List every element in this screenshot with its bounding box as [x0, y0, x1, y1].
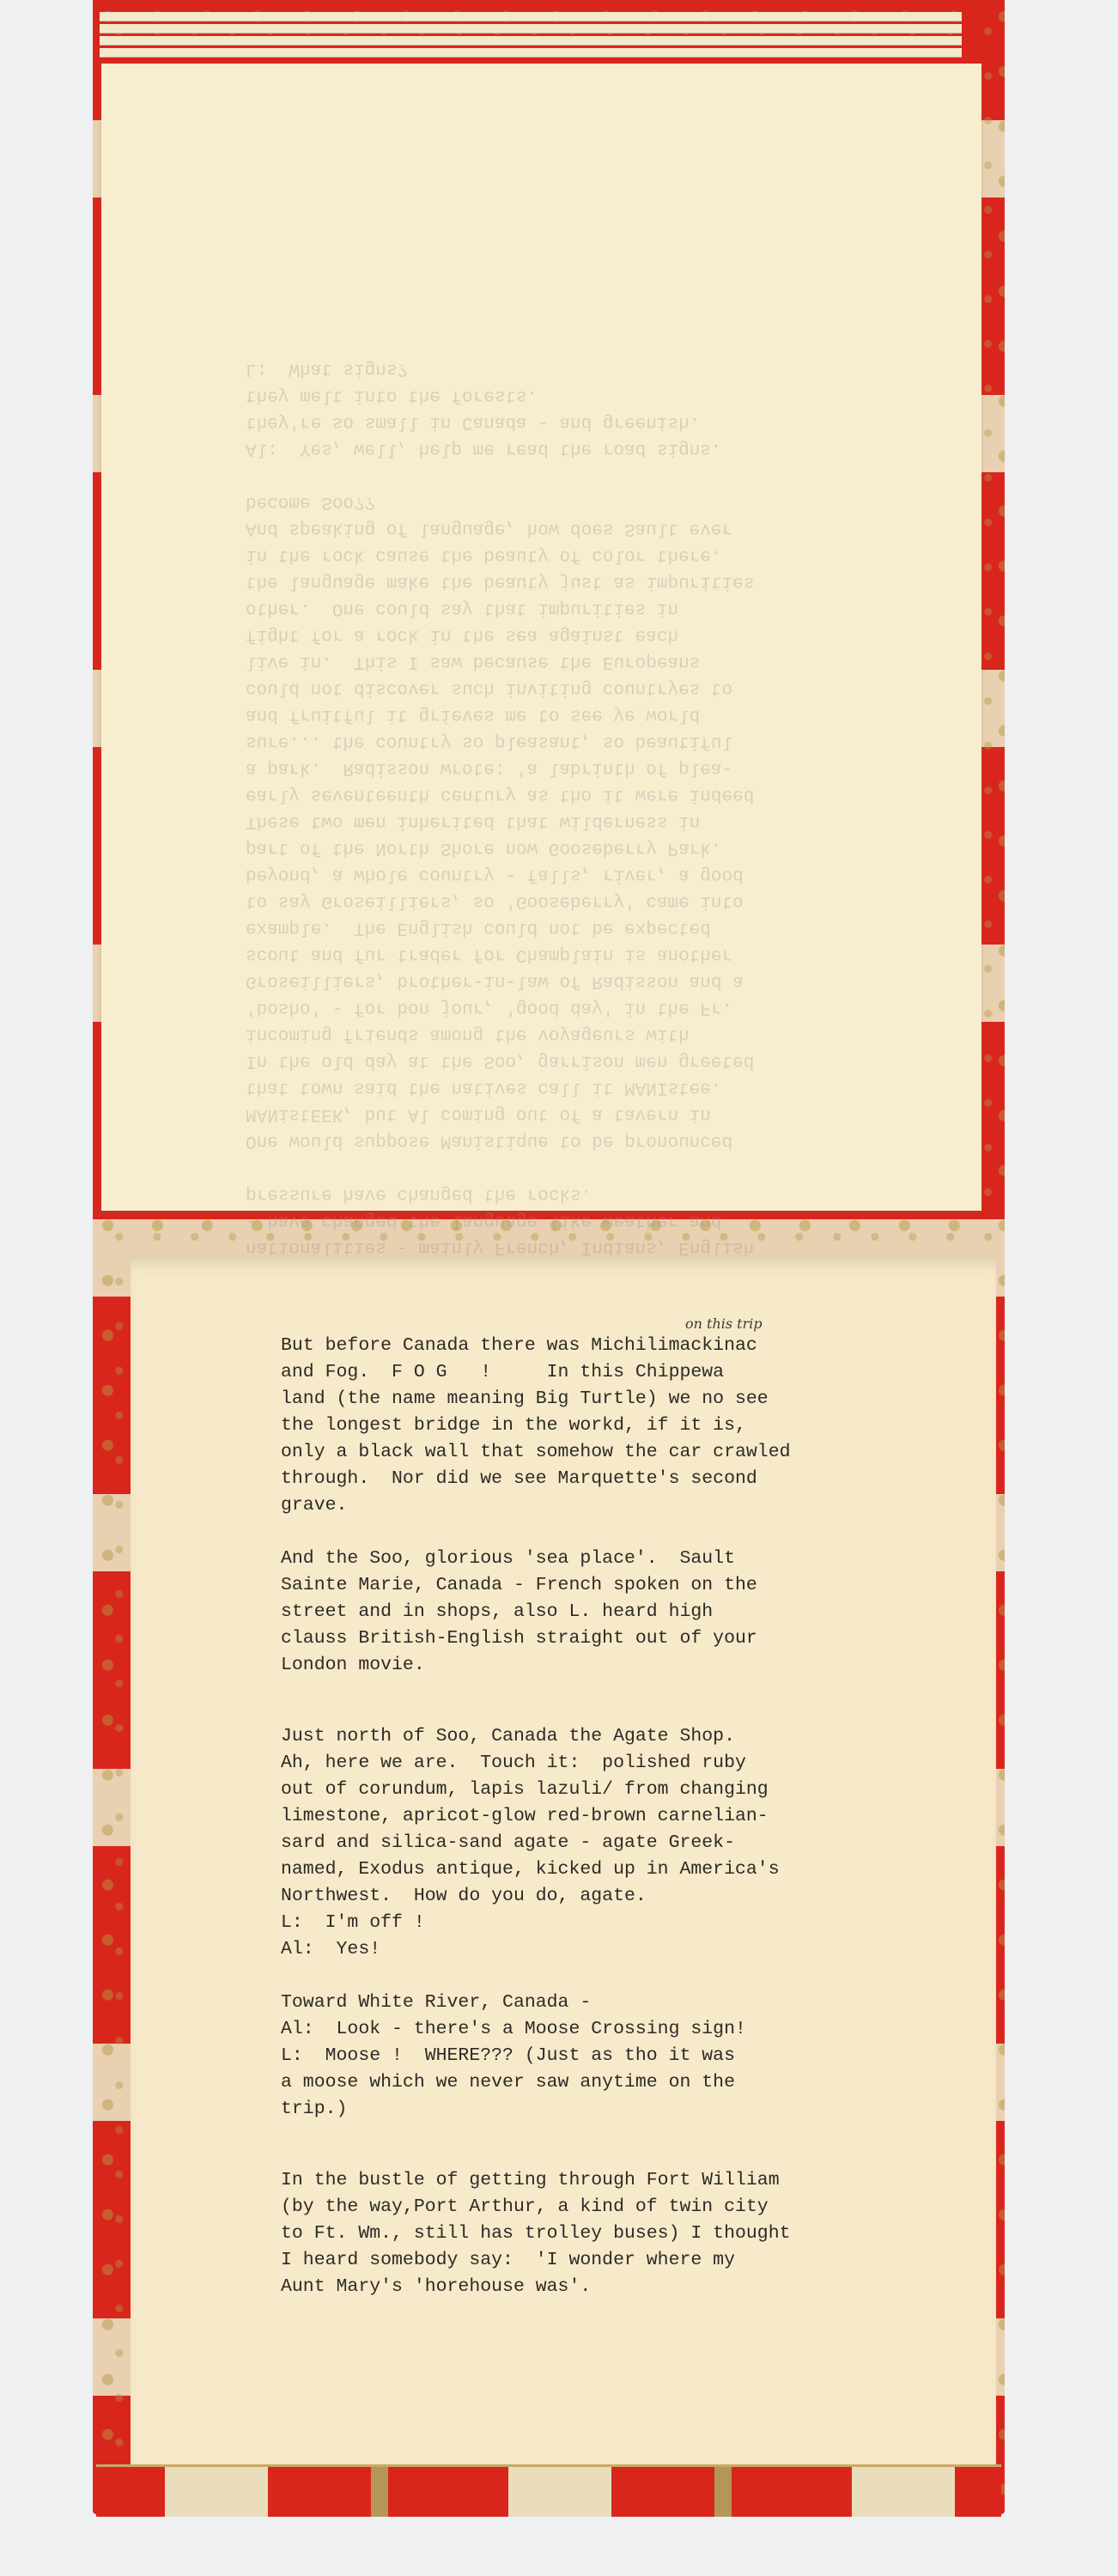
- text-line: through. Nor did we see Marquette's seco…: [281, 1466, 985, 1492]
- text-line: limestone, apricot-glow red-brown carnel…: [281, 1803, 985, 1830]
- bleed-line: One would suppose Manistique to be prono…: [246, 1127, 1018, 1154]
- bleed-line: beyond, a whole country - falls, river, …: [246, 861, 1018, 888]
- bleed-line: L: What signs?: [246, 355, 1018, 382]
- paragraph: In the bustle of getting through Fort Wi…: [281, 2167, 985, 2300]
- bleed-line: scout and fur trader for Champlain is an…: [246, 941, 1018, 968]
- text-line: Al: Look - there's a Moose Crossing sign…: [281, 2016, 985, 2043]
- bleed-line: a park. Radisson wrote: 'a labrinth of p…: [246, 755, 1018, 781]
- bleed-line: in the rock cause the beauty of color th…: [246, 542, 1018, 568]
- bleed-line: example. The English could not be expect…: [246, 914, 1018, 941]
- text-line: Aunt Mary's 'horehouse was'.: [281, 2274, 985, 2300]
- text-line: Northwest. How do you do, agate.: [281, 1883, 985, 1910]
- bleed-line: fight for a rock in the sea against each: [246, 622, 1018, 648]
- text-line: out of corundum, lapis lazuli/ from chan…: [281, 1777, 985, 1803]
- paragraph: Toward White River, Canada -Al: Look - t…: [281, 1990, 985, 2123]
- text-line: sard and silica-sand agate - agate Greek…: [281, 1830, 985, 1856]
- text-line: a moose which we never saw anytime on th…: [281, 2069, 985, 2096]
- text-line: Just north of Soo, Canada the Agate Shop…: [281, 1723, 985, 1750]
- text-line: But before Canada there was Michilimacki…: [281, 1333, 985, 1359]
- text-line: Al: Yes!: [281, 1936, 985, 1963]
- bottom-page: on this trip But before Canada there was…: [131, 1255, 996, 2464]
- text-line: street and in shops, also L. heard high: [281, 1599, 985, 1625]
- page-stack-edge: [100, 24, 962, 33]
- bleed-line: pressure have changed the rocks.: [246, 1181, 1018, 1207]
- text-line: only a black wall that somehow the car c…: [281, 1439, 985, 1466]
- text-line: land (the name meaning Big Turtle) we no…: [281, 1386, 985, 1413]
- bleed-line: incoming friends among the voyageurs wit…: [246, 1021, 1018, 1048]
- page-stack-edge: [100, 12, 962, 21]
- bleed-line: Groseilliers, brother-in-law of Radisson…: [246, 968, 1018, 994]
- text-line: and Fog. F O G ! In this Chippewa: [281, 1359, 985, 1386]
- text-line: to Ft. Wm., still has trolley buses) I t…: [281, 2221, 985, 2247]
- page-stack-edge: [100, 36, 962, 46]
- bleed-line: 'bosho' - for bon jour, 'good day' in th…: [246, 994, 1018, 1021]
- text-line: Toward White River, Canada -: [281, 1990, 985, 2016]
- text-line: L: I'm off !: [281, 1910, 985, 1936]
- paragraph: Just north of Soo, Canada the Agate Shop…: [281, 1723, 985, 1963]
- bleed-through-text: The North is a massive, glorious corrupt…: [246, 355, 1018, 1314]
- paragraph: But before Canada there was Michilimacki…: [281, 1333, 985, 1519]
- bleed-line: they're so small in Canada - and greenis…: [246, 409, 1018, 435]
- bleed-line: In the old day at the Soo, garrison men …: [246, 1048, 1018, 1074]
- text-line: I heard somebody say: 'I wonder where my: [281, 2247, 985, 2274]
- bleed-line: and fruitful it grieves me to see ye wor…: [246, 702, 1018, 728]
- bleed-line: to say Groseilliers, so 'Gooseberry' cam…: [246, 888, 1018, 914]
- bleed-line: - have changed the language like weather…: [246, 1207, 1018, 1234]
- text-line: the longest bridge in the workd, if it i…: [281, 1413, 985, 1439]
- typewritten-body: But before Canada there was Michilimacki…: [281, 1333, 985, 2327]
- bleed-line: Al: Yes, well, help me read the road sig…: [246, 435, 1018, 462]
- bleed-line: These two men inherited that wilderness …: [246, 808, 1018, 835]
- text-line: And the Soo, glorious 'sea place'. Sault: [281, 1546, 985, 1572]
- bleed-line: [246, 1154, 1018, 1181]
- bleed-line: could not discover such inviting country…: [246, 675, 1018, 702]
- bleed-line: the language make the beauty just as imp…: [246, 568, 1018, 595]
- bleed-line: other. One could say that impurities in: [246, 595, 1018, 622]
- text-line: Ah, here we are. Touch it: polished ruby: [281, 1750, 985, 1777]
- text-line: clauss British-English straight out of y…: [281, 1625, 985, 1652]
- text-line: trip.): [281, 2096, 985, 2123]
- bleed-line: part of the North Shore now Gooseberry P…: [246, 835, 1018, 861]
- text-line: Sainte Marie, Canada - French spoken on …: [281, 1572, 985, 1599]
- text-line: named, Exodus antique, kicked up in Amer…: [281, 1856, 985, 1883]
- text-line: grave.: [281, 1492, 985, 1519]
- bleed-line: become Soo??: [246, 489, 1018, 515]
- bleed-line: MANistEEK, but Al coming out of a tavern…: [246, 1101, 1018, 1127]
- handwritten-annotation: on this trip: [685, 1315, 763, 1332]
- text-line: L: Moose ! WHERE??? (Just as tho it was: [281, 2043, 985, 2069]
- bleed-line: live in. This I saw because the European…: [246, 648, 1018, 675]
- bleed-line: And speaking of language, how does Sault…: [246, 515, 1018, 542]
- binding-bottom-border: [96, 2464, 1001, 2517]
- text-line: (by the way,Port Arthur, a kind of twin …: [281, 2194, 985, 2221]
- text-line: London movie.: [281, 1652, 985, 1679]
- bleed-line: early seventeenth century as tho it were…: [246, 781, 1018, 808]
- bleed-line: they melt into the forests.: [246, 382, 1018, 409]
- page-stack-edge: [100, 48, 962, 58]
- bleed-line: sure... the country so pleasant, so beau…: [246, 728, 1018, 755]
- bleed-line: that town said the natives call it MANIs…: [246, 1074, 1018, 1101]
- text-line: In the bustle of getting through Fort Wi…: [281, 2167, 985, 2194]
- paragraph: And the Soo, glorious 'sea place'. Sault…: [281, 1546, 985, 1679]
- top-page: The North is a massive, glorious corrupt…: [101, 64, 981, 1211]
- bleed-line: [246, 462, 1018, 489]
